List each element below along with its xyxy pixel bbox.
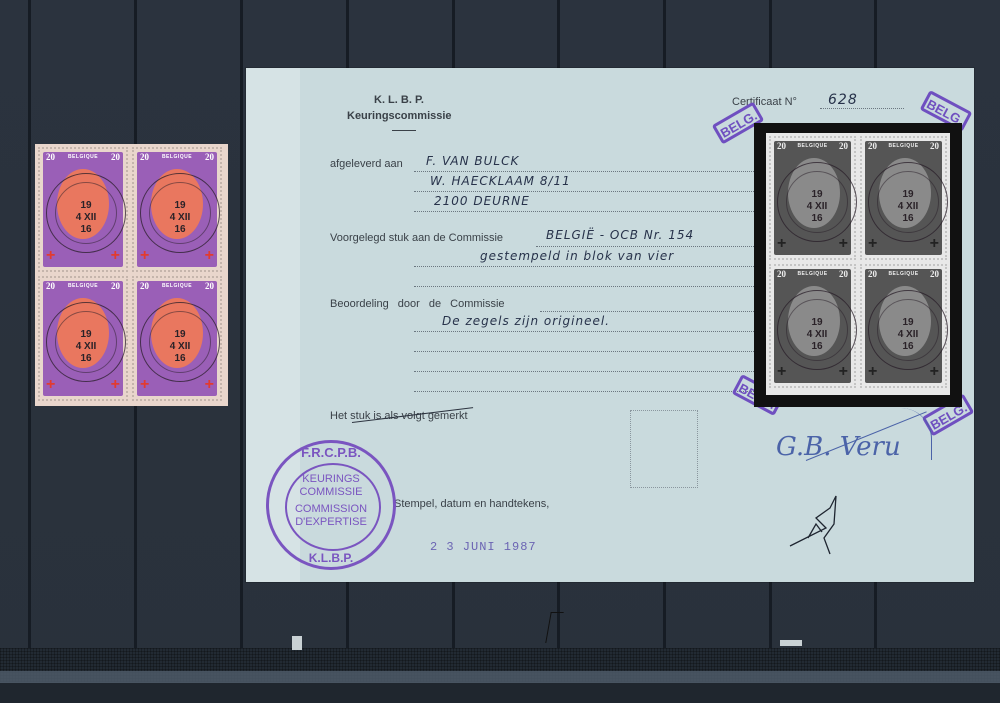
postmark-date: 194 XII16 xyxy=(778,317,856,353)
signature xyxy=(786,488,856,558)
dotted-line xyxy=(414,286,754,287)
stockbook-divider xyxy=(28,0,31,648)
dotted-line xyxy=(540,311,754,312)
stamp: 2020BELGIQUE++194 XII16 xyxy=(860,136,947,260)
postmark-date: 194 XII16 xyxy=(47,200,125,236)
dotted-line xyxy=(536,246,754,247)
recipient-line-3: 2100 DEURNE xyxy=(434,194,530,208)
stempel-label: Stempel, datum en handtekens, xyxy=(394,498,549,510)
postmark: 194 XII16 xyxy=(777,290,857,370)
red-cross-icon: + xyxy=(868,236,877,252)
red-cross-icon: + xyxy=(205,377,214,393)
stamp-ring-top: F.R.C.P.B. xyxy=(269,445,393,460)
org-subtitle: Keuringscommissie xyxy=(347,110,452,122)
expertise-certificate: K. L. B. P. Keuringscommissie Certificaa… xyxy=(246,68,974,582)
stamp-line: COMMISSIE xyxy=(269,486,393,498)
afgeleverd-label: afgeleverd aan xyxy=(330,158,403,170)
red-cross-icon: + xyxy=(930,236,939,252)
cert-number-label: Certificaat N° xyxy=(732,96,797,108)
stamp: 2020BELGIQUE++194 XII16 xyxy=(769,264,856,388)
red-cross-icon: + xyxy=(777,236,786,252)
stamp-country: BELGIQUE xyxy=(771,143,854,149)
red-cross-icon: + xyxy=(839,236,848,252)
dotted-line xyxy=(414,391,754,392)
stamp-country: BELGIQUE xyxy=(862,143,945,149)
date-stamp: 2 3 JUNI 1987 xyxy=(430,540,537,554)
red-cross-icon: + xyxy=(140,377,149,393)
dotted-line xyxy=(414,331,754,332)
stamp-country: BELGIQUE xyxy=(134,283,220,289)
stockbook-bottom xyxy=(0,683,1000,703)
paper-scrap xyxy=(292,636,302,650)
beoordeling-line-1: De zegels zijn origineel. xyxy=(442,314,610,328)
postmark: 194 XII16 xyxy=(868,290,948,370)
postmark-date: 194 XII16 xyxy=(869,189,947,225)
stamp-block: 2020BELGIQUE++194 XII162020BELGIQUE++194… xyxy=(35,144,228,406)
title-rule xyxy=(392,130,416,131)
stamp: 2020BELGIQUE++194 XII16 xyxy=(769,136,856,260)
red-cross-icon: + xyxy=(930,364,939,380)
red-cross-icon: + xyxy=(839,364,848,380)
red-cross-icon: + xyxy=(111,248,120,264)
marking-box xyxy=(630,410,698,488)
red-cross-icon: + xyxy=(205,248,214,264)
stamp-ring-bottom: K.L.B.P. xyxy=(269,551,393,565)
commission-stamp: F.R.C.P.B. KEURINGS COMMISSIE COMMISSION… xyxy=(266,440,396,570)
stamp-country: BELGIQUE xyxy=(771,271,854,277)
stamp-country: BELGIQUE xyxy=(862,271,945,277)
stamp-photo: 2020BELGIQUE++194 XII162020BELGIQUE++194… xyxy=(754,123,962,407)
paper-scrap xyxy=(780,640,802,646)
red-cross-icon: + xyxy=(46,377,55,393)
voorgelegd-line-1: BELGIË - OCB Nr. 154 xyxy=(546,228,694,242)
dotted-line xyxy=(414,371,754,372)
org-name: K. L. B. P. xyxy=(374,94,424,106)
voorgelegd-label: Voorgelegd stuk aan de Commissie xyxy=(330,232,503,244)
dotted-line xyxy=(414,171,754,172)
recipient-line-2: W. HAECKLAAM 8/11 xyxy=(430,174,571,188)
dotted-line xyxy=(414,351,754,352)
red-cross-icon: + xyxy=(868,364,877,380)
cert-number-line xyxy=(820,108,904,109)
stamp: 2020BELGIQUE++194 XII16 xyxy=(38,276,128,401)
stamp-photo-block: 2020BELGIQUE++194 XII162020BELGIQUE++194… xyxy=(766,133,950,395)
stamp: 2020BELGIQUE++194 XII16 xyxy=(38,147,128,272)
postmark-date: 194 XII16 xyxy=(141,329,219,365)
stamp-country: BELGIQUE xyxy=(40,283,126,289)
dotted-line xyxy=(414,266,754,267)
dotted-line xyxy=(414,191,754,192)
cert-number: 628 xyxy=(828,92,858,108)
stamp-country: BELGIQUE xyxy=(134,154,220,160)
postmark: 194 XII16 xyxy=(46,173,126,253)
red-cross-icon: + xyxy=(46,248,55,264)
postmark: 194 XII16 xyxy=(777,162,857,242)
postmark-date: 194 XII16 xyxy=(141,200,219,236)
postmark: 194 XII16 xyxy=(140,302,220,382)
stockbook-divider xyxy=(240,0,243,648)
postmark: 194 XII16 xyxy=(140,173,220,253)
recipient-line-1: F. VAN BULCK xyxy=(426,154,519,168)
stamp-line: D'EXPERTISE xyxy=(269,516,393,528)
dotted-line xyxy=(414,211,754,212)
postmark-date: 194 XII16 xyxy=(778,189,856,225)
red-cross-icon: + xyxy=(111,377,120,393)
stamp-country: BELGIQUE xyxy=(40,154,126,160)
postmark-date: 194 XII16 xyxy=(869,317,947,353)
postmark: 194 XII16 xyxy=(46,302,126,382)
stamp: 2020BELGIQUE++194 XII16 xyxy=(132,276,222,401)
red-cross-icon: + xyxy=(140,248,149,264)
stamp-line: KEURINGS xyxy=(269,473,393,485)
voorgelegd-line-2: gestempeld in blok van vier xyxy=(480,249,674,263)
postmark: 194 XII16 xyxy=(868,162,948,242)
red-cross-icon: + xyxy=(777,364,786,380)
stamp-line: COMMISSION xyxy=(269,503,393,515)
stamp: 2020BELGIQUE++194 XII16 xyxy=(860,264,947,388)
stockbook-strip-edge xyxy=(0,671,1000,683)
postmark-date: 194 XII16 xyxy=(47,329,125,365)
stamp: 2020BELGIQUE++194 XII16 xyxy=(132,147,222,272)
beoordeling-label: Beoordeling door de Commissie xyxy=(330,298,505,310)
